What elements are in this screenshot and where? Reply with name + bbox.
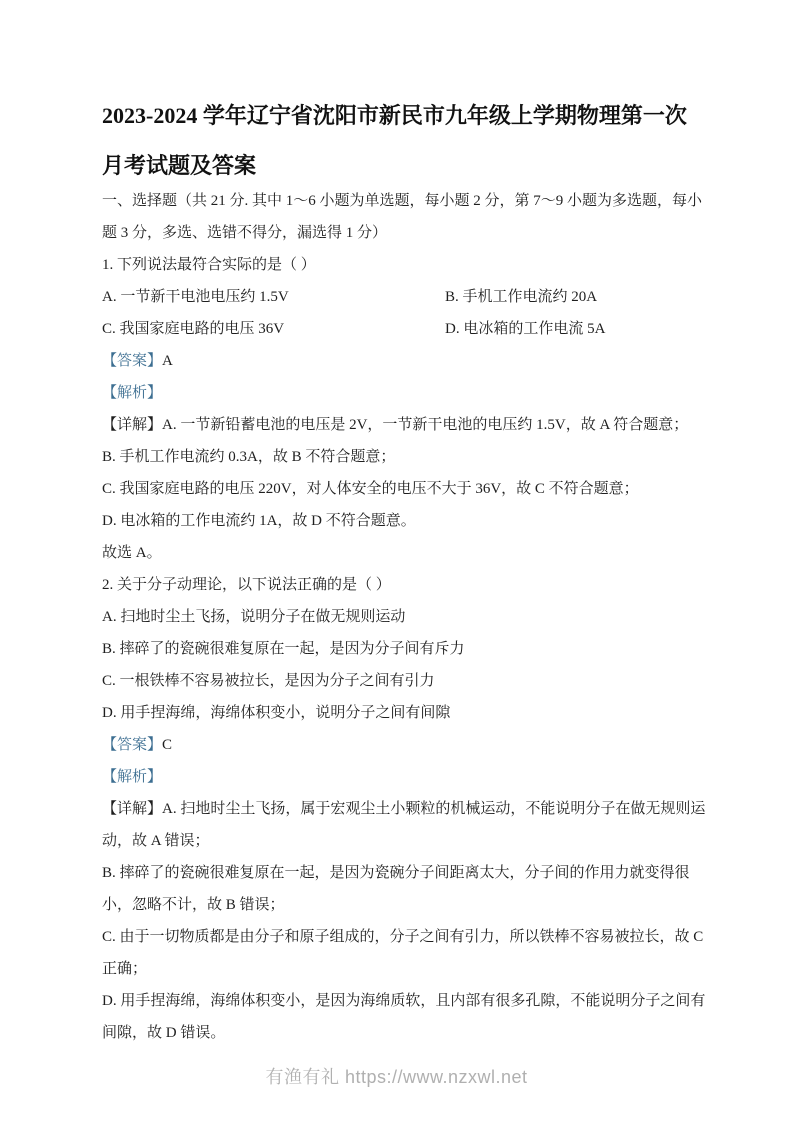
question-2-stem: 2. 关于分子动理论，以下说法正确的是（ ）: [102, 569, 707, 601]
question-2-explanation-b: B. 摔碎了的瓷碗很难复原在一起，是因为瓷碗分子间距离太大，分子间的作用力就变得…: [102, 857, 707, 921]
question-2-option-b: B. 摔碎了的瓷碗很难复原在一起，是因为分子间有斥力: [102, 633, 707, 665]
question-1-conclusion: 故选 A。: [102, 537, 707, 569]
question-2-explanation-a: 【详解】A. 扫地时尘土飞扬，属于宏观尘土小颗粒的机械运动，不能说明分子在做无规…: [102, 793, 707, 857]
question-1-explanation-d: D. 电冰箱的工作电流约 1A，故 D 不符合题意。: [102, 505, 707, 537]
question-1-stem: 1. 下列说法最符合实际的是（ ）: [102, 249, 707, 281]
question-1-explanation-a: 【详解】A. 一节新铅蓄电池的电压是 2V，一节新干电池的电压约 1.5V，故 …: [102, 409, 707, 441]
question-1-answer-value: A: [162, 353, 173, 369]
document-content: 2023-2024 学年辽宁省沈阳市新民市九年级上学期物理第一次月考试题及答案 …: [102, 91, 707, 1049]
exam-document-page: 2023-2024 学年辽宁省沈阳市新民市九年级上学期物理第一次月考试题及答案 …: [0, 0, 793, 1122]
question-1-analysis-line: 【解析】: [102, 377, 707, 409]
question-1-option-d: D. 电冰箱的工作电流 5A: [445, 313, 707, 345]
question-2-explanation-c: C. 由于一切物质都是由分子和原子组成的，分子之间有引力，所以铁棒不容易被拉长，…: [102, 921, 707, 985]
section-1-intro: 一、选择题（共 21 分. 其中 1～6 小题为单选题，每小题 2 分，第 7～…: [102, 185, 707, 249]
question-2-explanation-d: D. 用手捏海绵，海绵体积变小，是因为海绵质软，且内部有很多孔隙，不能说明分子之…: [102, 985, 707, 1049]
question-2-option-c: C. 一根铁棒不容易被拉长，是因为分子之间有引力: [102, 665, 707, 697]
question-2-option-a: A. 扫地时尘土飞扬，说明分子在做无规则运动: [102, 601, 707, 633]
question-1-option-b: B. 手机工作电流约 20A: [445, 281, 707, 313]
analysis-label: 【解析】: [102, 385, 162, 401]
question-1-answer-line: 【答案】A: [102, 345, 707, 377]
question-1-option-c: C. 我国家庭电路的电压 36V: [102, 313, 445, 345]
answer-label: 【答案】: [102, 353, 162, 369]
answer-label: 【答案】: [102, 737, 162, 753]
question-1-explanation-b: B. 手机工作电流约 0.3A，故 B 不符合题意；: [102, 441, 707, 473]
question-2-answer-line: 【答案】C: [102, 729, 707, 761]
question-2-analysis-line: 【解析】: [102, 761, 707, 793]
question-1-options: A. 一节新干电池电压约 1.5V B. 手机工作电流约 20A C. 我国家庭…: [102, 281, 707, 345]
footer-watermark: 有渔有礼 https://www.nzxwl.net: [0, 1063, 793, 1089]
document-title: 2023-2024 学年辽宁省沈阳市新民市九年级上学期物理第一次月考试题及答案: [102, 91, 707, 191]
question-1-option-a: A. 一节新干电池电压约 1.5V: [102, 281, 445, 313]
question-1-explanation-c: C. 我国家庭电路的电压 220V，对人体安全的电压不大于 36V，故 C 不符…: [102, 473, 707, 505]
analysis-label: 【解析】: [102, 769, 162, 785]
question-2-answer-value: C: [162, 737, 172, 753]
question-2-option-d: D. 用手捏海绵，海绵体积变小，说明分子之间有间隙: [102, 697, 707, 729]
